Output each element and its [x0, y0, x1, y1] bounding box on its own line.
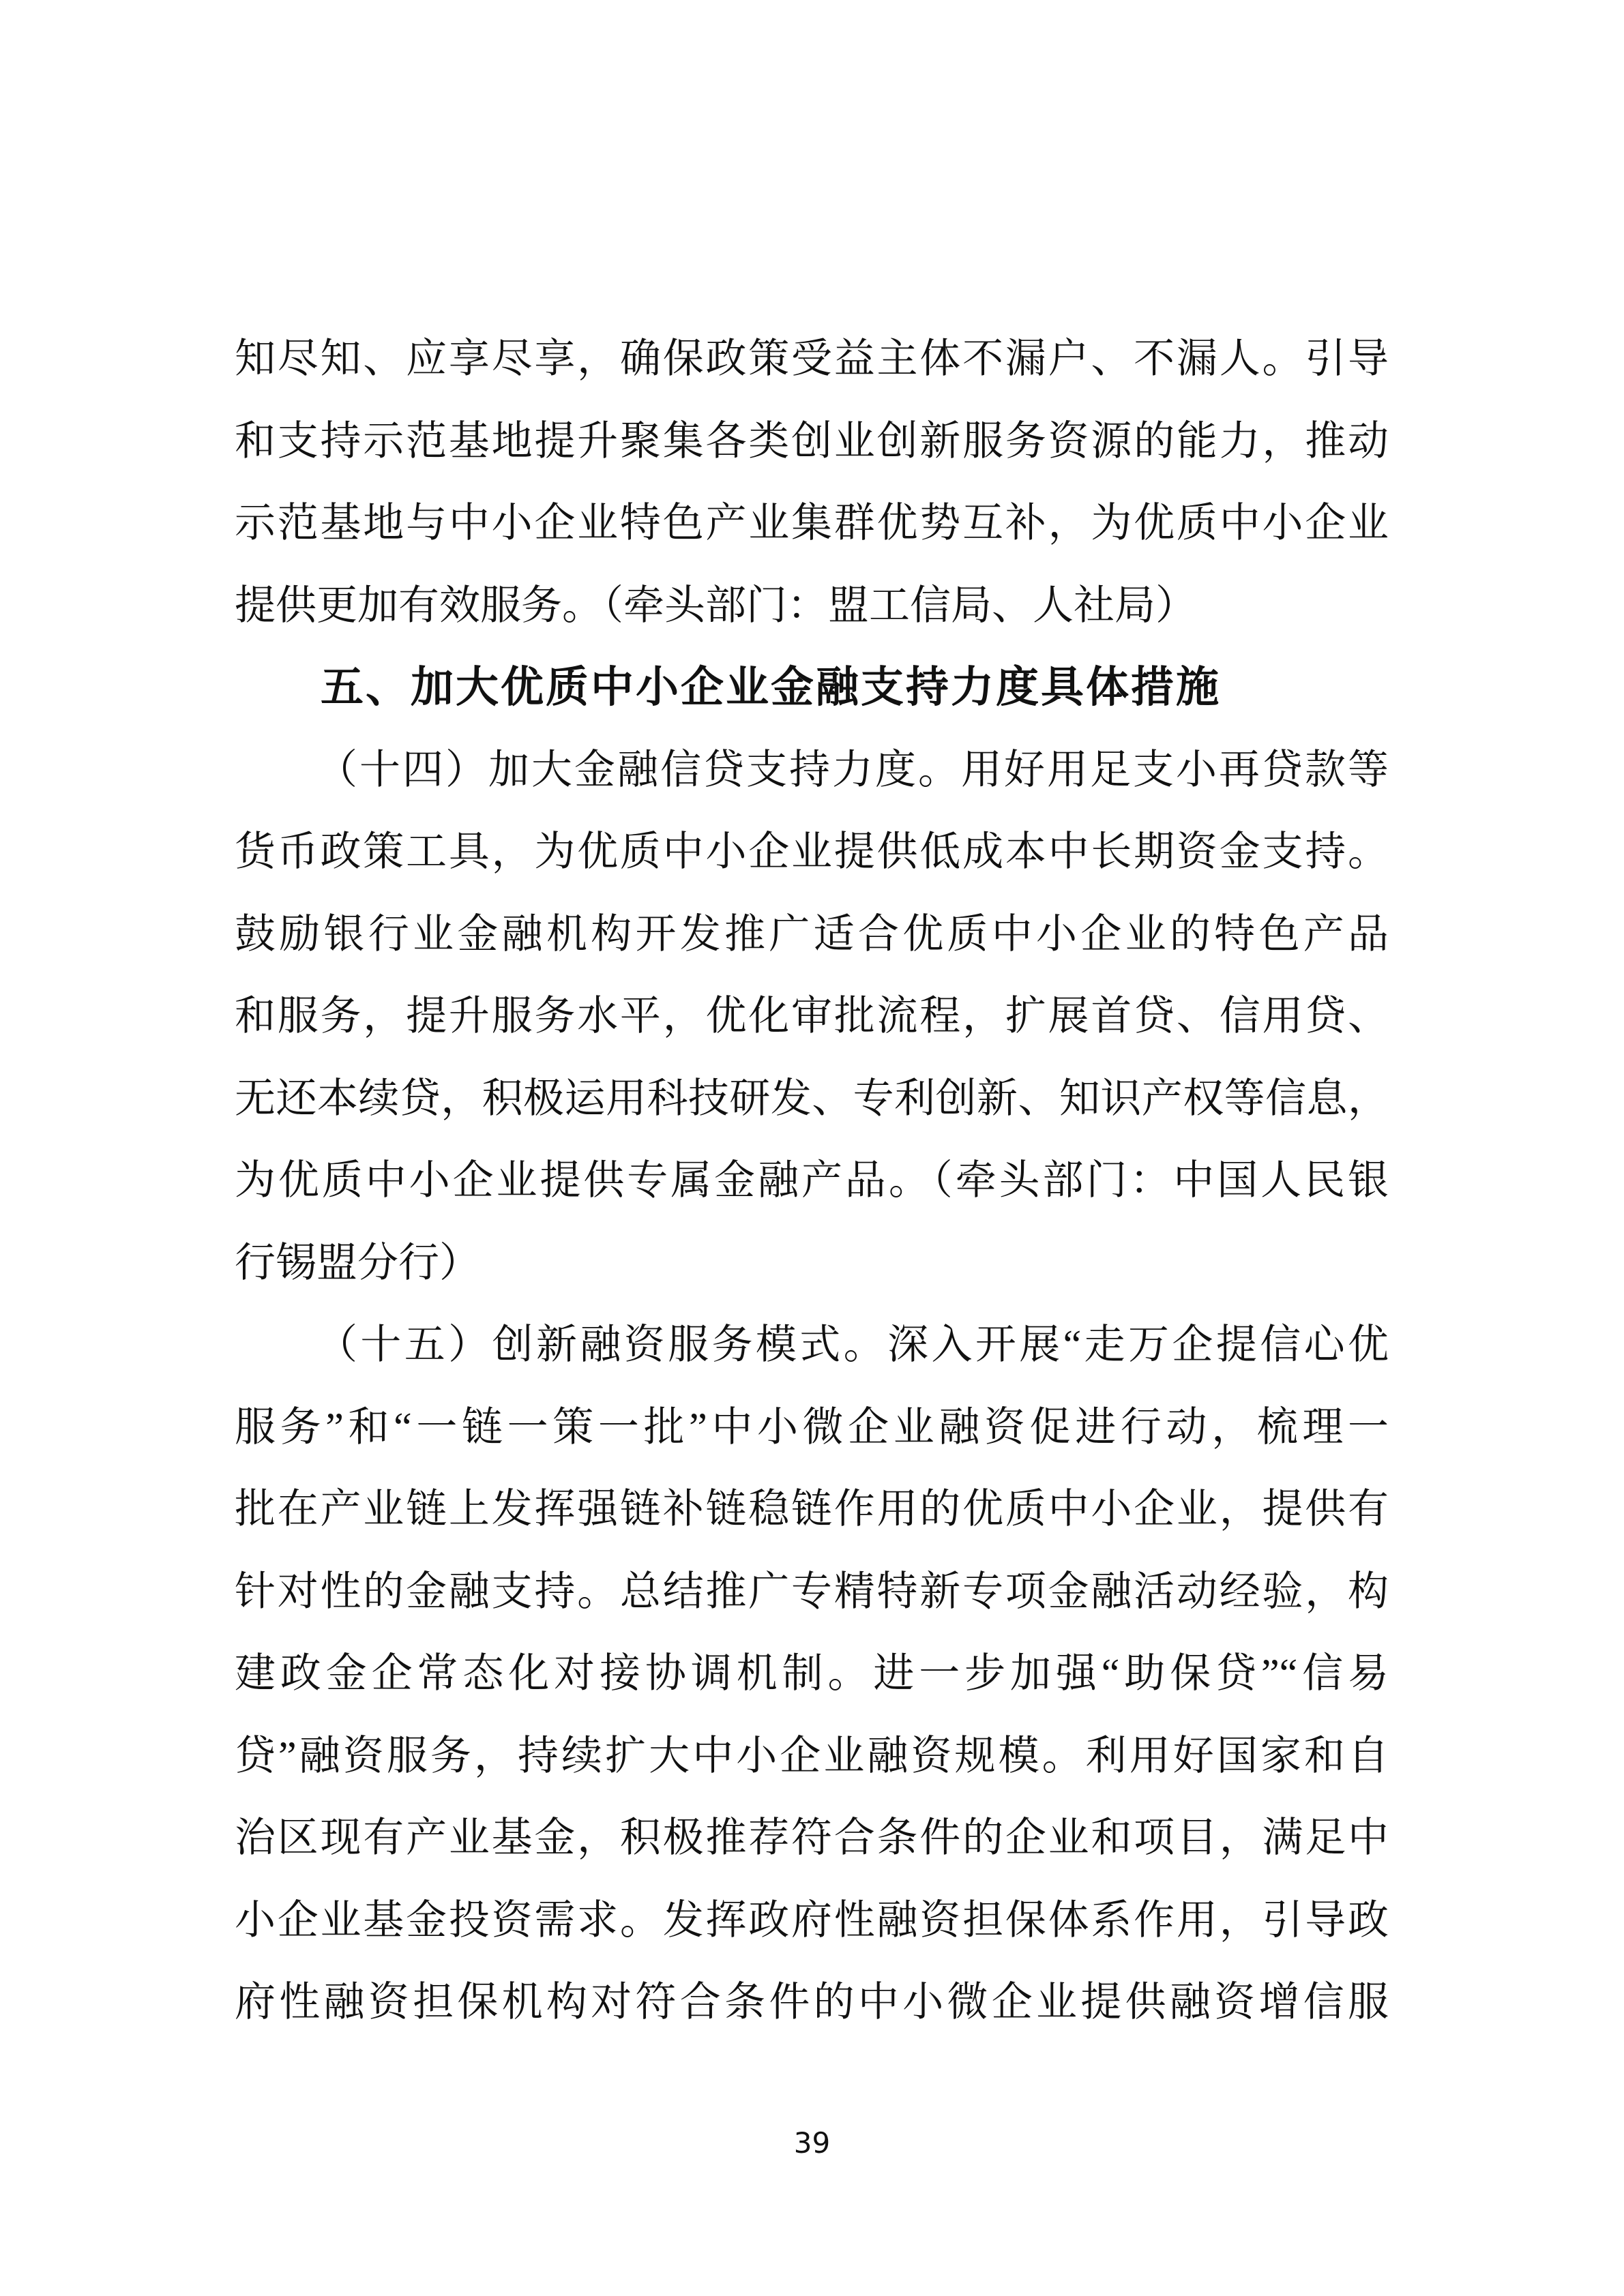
text-line: 贷”融资服务，持续扩大中小企业融资规模。利用好国家和自 — [235, 1715, 1389, 1798]
text-line: 针对性的金融支持。总结推广专精特新专项金融活动经验，构 — [235, 1551, 1389, 1633]
page-number: 39 — [0, 2126, 1624, 2160]
text-line: 批在产业链上发挥强链补链稳链作用的优质中小企业，提供有 — [235, 1468, 1389, 1551]
text-line: 行锡盟分行） — [235, 1222, 1389, 1304]
text-line: 府性融资担保机构对符合条件的中小微企业提供融资增信服 — [235, 1961, 1389, 2044]
text-line: 无还本续贷，积极运用科技研发、专利创新、知识产权等信息， — [235, 1058, 1389, 1140]
section-heading: 五、加大优质中小企业金融支持力度具体措施 — [235, 646, 1389, 729]
text-line: （十五）创新融资服务模式。深入开展“走万企提信心优 — [235, 1304, 1389, 1386]
text-line: 鼓励银行业金融机构开发推广适合优质中小企业的特色产品 — [235, 893, 1389, 976]
text-line: 小企业基金投资需求。发挥政府性融资担保体系作用，引导政 — [235, 1879, 1389, 1962]
text-line: 为优质中小企业提供专属金融产品。（牵头部门：中国人民银 — [235, 1139, 1389, 1222]
text-line: 建政金企常态化对接协调机制。进一步加强“助保贷”“信易 — [235, 1632, 1389, 1715]
document-page: 知尽知、应享尽享，确保政策受益主体不漏户、不漏人。引导 和支持示范基地提升聚集各… — [0, 0, 1624, 2296]
text-line: 示范基地与中小企业特色产业集群优势互补，为优质中小企业 — [235, 482, 1389, 565]
text-line: 提供更加有效服务。（牵头部门：盟工信局、人社局） — [235, 565, 1389, 647]
text-line: 知尽知、应享尽享，确保政策受益主体不漏户、不漏人。引导 — [235, 318, 1389, 400]
text-line: 货币政策工具，为优质中小企业提供低成本中长期资金支持。 — [235, 811, 1389, 893]
text-line: 服务”和“一链一策一批”中小微企业融资促进行动，梳理一 — [235, 1386, 1389, 1469]
text-line: 和服务，提升服务水平，优化审批流程，扩展首贷、信用贷、 — [235, 975, 1389, 1058]
text-line: （十四）加大金融信贷支持力度。用好用足支小再贷款等 — [235, 729, 1389, 811]
document-body: 知尽知、应享尽享，确保政策受益主体不漏户、不漏人。引导 和支持示范基地提升聚集各… — [235, 318, 1389, 2044]
text-line: 和支持示范基地提升聚集各类创业创新服务资源的能力，推动 — [235, 400, 1389, 483]
text-line: 治区现有产业基金，积极推荐符合条件的企业和项目，满足中 — [235, 1797, 1389, 1879]
